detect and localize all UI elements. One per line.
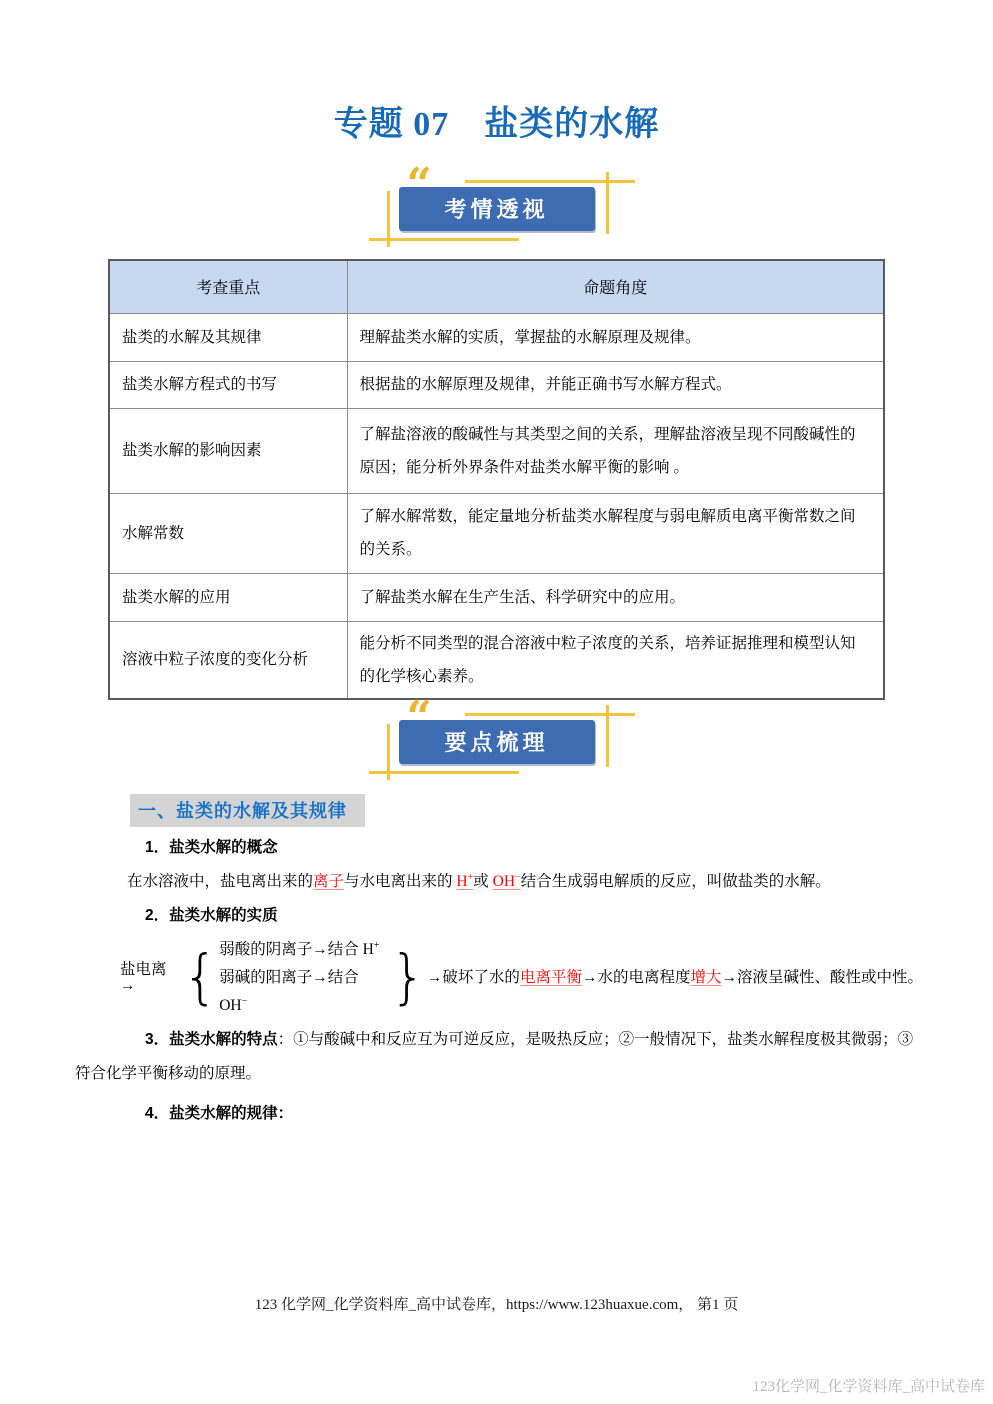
banner-line-top-icon	[465, 180, 635, 183]
table-header-row: 考查重点 命题角度	[109, 260, 884, 313]
table-header-cell: 考查重点	[109, 260, 347, 313]
answer-blank: 电离平衡	[520, 969, 582, 986]
watermark-text: 123化学网_化学资料库_高中试卷库	[752, 1375, 985, 1396]
table-row: 盐类水解的应用 了解盐类水解在生产生活、科学研究中的应用。	[109, 573, 884, 621]
banner-line-top-icon	[465, 713, 635, 716]
table-cell: 了解盐类水解在生产生活、科学研究中的应用。	[347, 573, 884, 621]
hydrolysis-essence-formula: 盐电离→ { 弱酸的阴离子→结合 H+ 弱碱的阳离子→结合 OH− } →破坏了…	[120, 936, 923, 1020]
banner-line-right-icon	[606, 172, 609, 234]
table-cell: 了解盐溶液的酸碱性与其类型之间的关系，理解盐溶液呈现不同酸碱性的原因；能分析外界…	[347, 408, 884, 493]
banner-line-right-icon	[606, 705, 609, 767]
table-cell: 溶液中粒子浓度的变化分析	[109, 621, 347, 699]
close-brace: }	[390, 948, 426, 1007]
table-cell: 盐类的水解及其规律	[109, 313, 347, 361]
table-cell: 盐类水解的应用	[109, 573, 347, 621]
answer-blank: 离子	[313, 873, 344, 890]
table-cell: 水解常数	[109, 493, 347, 573]
item1-text: 或	[473, 873, 492, 890]
table-row: 盐类水解方程式的书写 根据盐的水解原理及规律，并能正确书写水解方程式。	[109, 361, 884, 408]
answer-blank: H+	[456, 873, 473, 890]
table-row: 溶液中粒子浓度的变化分析 能分析不同类型的混合溶液中粒子浓度的关系，培养证据推理…	[109, 621, 884, 699]
formula-case-line: 弱酸的阴离子→结合 H+	[219, 936, 389, 964]
page-title: 专题 07 盐类的水解	[0, 96, 993, 145]
item3-paragraph: 3．盐类水解的特点：①与酸碱中和反应互为可逆反应，是吸热反应；②一般情况下，盐类…	[75, 1023, 923, 1091]
table-cell: 盐类水解方程式的书写	[109, 361, 347, 408]
main-content: 一、盐类的水解及其规律 1．盐类水解的概念 在水溶液中，盐电离出来的离子与水电离…	[75, 766, 923, 1131]
exam-insight-banner: “ 考情透视	[399, 187, 595, 233]
item1-text: 结合生成弱电解质的反应，叫做盐类的水解。	[521, 873, 831, 890]
item2-title: 2．盐类水解的实质	[75, 899, 923, 933]
banner-line-bottom-icon	[369, 771, 519, 774]
table-row: 盐类的水解及其规律 理解盐类水解的实质，掌握盐的水解原理及规律。	[109, 313, 884, 361]
exam-focus-table: 考查重点 命题角度 盐类的水解及其规律 理解盐类水解的实质，掌握盐的水解原理及规…	[108, 259, 885, 700]
table-cell: 理解盐类水解的实质，掌握盐的水解原理及规律。	[347, 313, 884, 361]
table-cell: 了解水解常数，能定量地分析盐类水解程度与弱电解质电离平衡常数之间的关系。	[347, 493, 884, 573]
answer-blank: 增大	[690, 969, 721, 986]
item4-title: 4．盐类水解的规律：	[75, 1097, 923, 1131]
item1-title: 1．盐类水解的概念	[75, 831, 923, 865]
item1-paragraph: 在水溶液中，盐电离出来的离子与水电离出来的 H+或 OH−结合生成弱电解质的反应…	[75, 865, 923, 899]
table-cell: 能分析不同类型的混合溶液中粒子浓度的关系，培养证据推理和模型认知的化学核心素养。	[347, 621, 884, 699]
quote-icon: “	[407, 163, 432, 207]
table-cell: 盐类水解的影响因素	[109, 408, 347, 493]
formula-lead: 盐电离→	[120, 962, 182, 993]
banner-line-bottom-icon	[369, 238, 519, 241]
item1-text: 与水电离出来的	[344, 873, 456, 890]
formula-cases: 弱酸的阴离子→结合 H+ 弱碱的阳离子→结合 OH−	[219, 936, 389, 1020]
table-cell: 根据盐的水解原理及规律，并能正确书写水解方程式。	[347, 361, 884, 408]
quote-icon: “	[407, 696, 432, 740]
key-points-banner: “ 要点梳理	[399, 720, 595, 766]
formula-case-line: 弱碱的阳离子→结合 OH−	[219, 964, 389, 1020]
formula-result: →破坏了水的电离平衡→水的电离程度增大→溶液呈碱性、酸性或中性。	[427, 970, 923, 986]
table-header-cell: 命题角度	[347, 260, 884, 313]
answer-blank: OH−	[493, 873, 521, 890]
table-row: 水解常数 了解水解常数，能定量地分析盐类水解程度与弱电解质电离平衡常数之间的关系…	[109, 493, 884, 573]
section-heading: 一、盐类的水解及其规律	[130, 794, 365, 827]
page-footer: 123 化学网_化学资料库_高中试卷库，https://www.123huaxu…	[0, 1293, 993, 1314]
open-brace: {	[183, 948, 219, 1007]
table-row: 盐类水解的影响因素 了解盐溶液的酸碱性与其类型之间的关系，理解盐溶液呈现不同酸碱…	[109, 408, 884, 493]
item1-text: 在水溶液中，盐电离出来的	[127, 873, 313, 890]
